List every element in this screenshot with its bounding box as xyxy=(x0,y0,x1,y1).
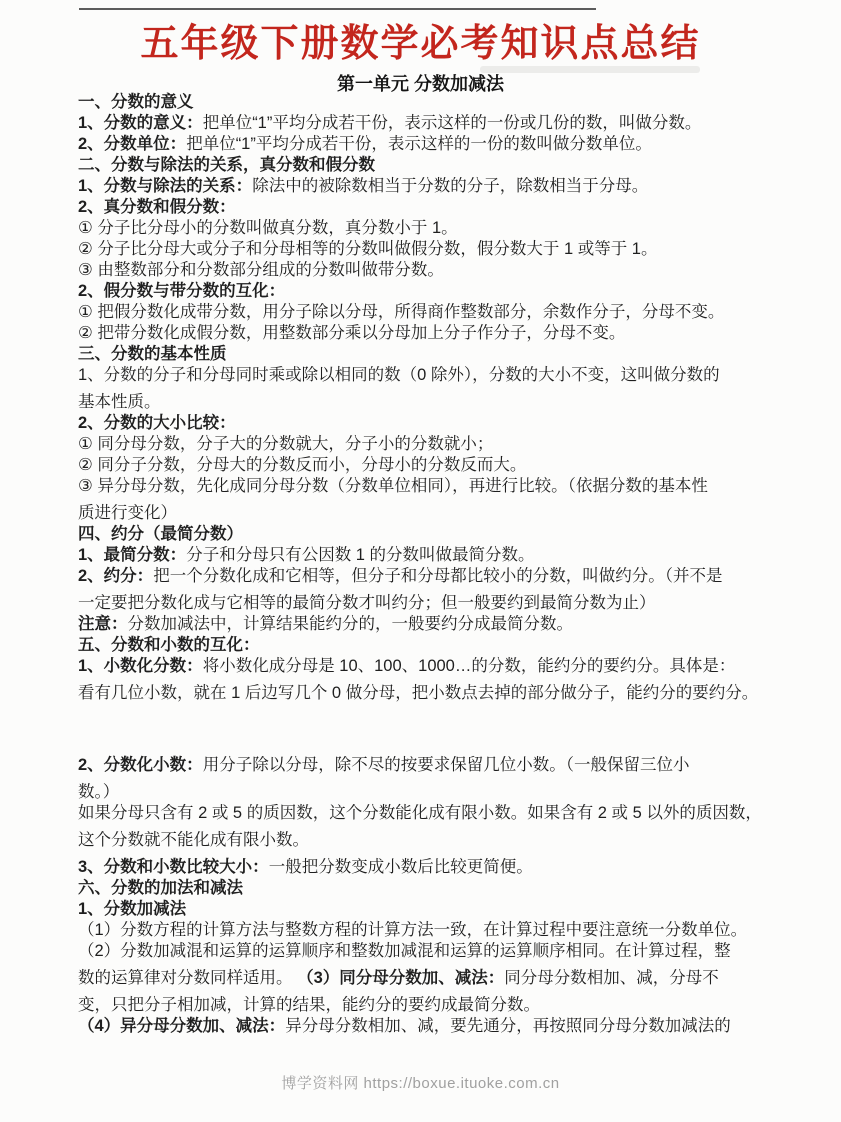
text-line: 1、小数化分数：将小数化成分母是 10、100、1000…的分数，能约分的要约分… xyxy=(78,656,776,677)
text-segment: 基本性质。 xyxy=(78,393,161,411)
text-line: 1、分数的分子和分母同时乘或除以相同的数（0 除外），分数的大小不变，这叫做分数… xyxy=(78,365,776,386)
text-line: 1、分数与除法的关系：除法中的被除数相当于分数的分子，除数相当于分母。 xyxy=(78,176,776,197)
text-segment: 分子和分母只有公因数 1 的分数叫做最简分数。 xyxy=(186,546,534,564)
text-line: 3、分数和小数比较大小：一般把分数变成小数后比较更简便。 xyxy=(78,857,776,878)
text-segment-bold: 注意： xyxy=(78,615,128,633)
text-line: 六、分数的加法和减法 xyxy=(78,878,776,899)
text-segment: ② 分子比分母大或分子和分母相等的分数叫做假分数，假分数大于 1 或等于 1。 xyxy=(78,240,657,258)
text-segment-bold: 2、假分数与带分数的互化： xyxy=(78,282,285,300)
text-segment: ① 把假分数化成带分数，用分子除以分母，所得商作整数部分，余数作分子，分母不变。 xyxy=(78,303,724,321)
text-segment: 变，只把分子相加减，计算的结果，能约分的要约成最简分数。 xyxy=(78,996,540,1014)
text-segment-bold: 1、分数的意义： xyxy=(78,114,203,132)
text-line: 一定要把分数化成与它相等的最简分数才叫约分；但一般要约到最简分数为止） xyxy=(78,593,776,614)
text-line: 看有几位小数，就在 1 后边写几个 0 做分母，把小数点去掉的部分做分子，能约分… xyxy=(78,683,776,704)
text-segment: 数的运算律对分数同样适用。 xyxy=(78,969,297,987)
text-line: 注意：分数加减法中，计算结果能约分的，一般要约分成最简分数。 xyxy=(78,614,776,635)
text-line: 变，只把分子相加减，计算的结果，能约分的要约成最简分数。 xyxy=(78,995,776,1016)
text-segment: ① 同分母分数，分子大的分数就大，分子小的分数就小； xyxy=(78,435,493,453)
text-segment: 用分子除以分母，除不尽的按要求保留几位小数。（一般保留三位小 xyxy=(203,756,690,774)
text-segment-bold: 2、约分： xyxy=(78,567,153,585)
text-line: 四、约分（最简分数） xyxy=(78,524,776,545)
text-line: ③ 异分母分数，先化成同分母分数（分数单位相同），再进行比较。（依据分数的基本性 xyxy=(78,476,776,497)
text-line: 2、分数单位：把单位“1”平均分成若干份，表示这样的一份的数叫做分数单位。 xyxy=(78,134,776,155)
text-line: 2、真分数和假分数： xyxy=(78,197,776,218)
text-segment: 一般把分数变成小数后比较更简便。 xyxy=(269,858,533,876)
text-segment-bold: 3、分数和小数比较大小： xyxy=(78,858,269,876)
text-segment-bold: 2、分数化小数： xyxy=(78,756,203,774)
text-line: （4）异分母分数加、减法：异分母分数相加、减，要先通分，再按照同分母分数加减法的 xyxy=(78,1016,776,1037)
text-line: 1、最简分数：分子和分母只有公因数 1 的分数叫做最简分数。 xyxy=(78,545,776,566)
text-line: ② 把带分数化成假分数，用整数部分乘以分母加上分子作分子，分母不变。 xyxy=(78,323,776,344)
text-segment: 这个分数就不能化成有限小数。 xyxy=(78,831,309,849)
text-line: 三、分数的基本性质 xyxy=(78,344,776,365)
text-line: 2、约分：把一个分数化成和它相等，但分子和分母都比较小的分数，叫做约分。（并不是 xyxy=(78,566,776,587)
text-segment: 将小数化成分母是 10、100、1000…的分数，能约分的要约分。具体是： xyxy=(203,657,736,675)
text-segment-bold: 1、最简分数： xyxy=(78,546,186,564)
text-segment: （2）分数加减混和运算的运算顺序和整数加减混和运算的运算顺序相同。在计算过程，整 xyxy=(78,942,731,960)
text-line: ① 把假分数化成带分数，用分子除以分母，所得商作整数部分，余数作分子，分母不变。 xyxy=(78,302,776,323)
page-title: 五年级下册数学必考知识点总结 xyxy=(0,12,841,67)
text-line: 一、分数的意义 xyxy=(78,92,776,113)
text-line: ③ 由整数部分和分数部分组成的分数叫做带分数。 xyxy=(78,260,776,281)
text-line: 1、分数的意义：把单位“1”平均分成若干份，表示这样的一份或几份的数，叫做分数。 xyxy=(78,113,776,134)
text-segment-bold: 一、分数的意义 xyxy=(78,93,194,111)
text-segment-bold: 1、分数加减法 xyxy=(78,900,186,918)
scan-top-rule xyxy=(79,8,596,10)
text-segment: （1）分数方程的计算方法与整数方程的计算方法一致，在计算过程中要注意统一分数单位… xyxy=(78,921,747,939)
text-segment: 把一个分数化成和它相等，但分子和分母都比较小的分数，叫做约分。（并不是 xyxy=(153,567,722,585)
text-segment-bold: （4）异分母分数加、减法： xyxy=(78,1017,285,1035)
document-body: 一、分数的意义1、分数的意义：把单位“1”平均分成若干份，表示这样的一份或几份的… xyxy=(78,92,776,1037)
text-line: ① 同分母分数，分子大的分数就大，分子小的分数就小； xyxy=(78,434,776,455)
text-segment-bold: 2、分数单位： xyxy=(78,135,186,153)
text-segment: ② 同分子分数，分母大的分数反而小，分母小的分数反而大。 xyxy=(78,456,526,474)
text-segment-bold: 二、分数与除法的关系，真分数和假分数 xyxy=(78,156,375,174)
text-segment-bold: 六、分数的加法和减法 xyxy=(78,879,243,897)
text-line: 数的运算律对分数同样适用。 （3）同分母分数加、减法：同分母分数相加、减，分母不 xyxy=(78,968,776,989)
text-segment-bold: 三、分数的基本性质 xyxy=(78,345,227,363)
text-segment: 除法中的被除数相当于分数的分子，除数相当于分母。 xyxy=(252,177,648,195)
text-line: ② 分子比分母大或分子和分母相等的分数叫做假分数，假分数大于 1 或等于 1。 xyxy=(78,239,776,260)
text-segment-bold: 2、分数的大小比较： xyxy=(78,414,236,432)
text-line: 2、分数的大小比较： xyxy=(78,413,776,434)
text-segment: 如果分母只含有 2 或 5 的质因数，这个分数能化成有限小数。如果含有 2 或 … xyxy=(78,804,762,822)
text-segment: 分数加减法中，计算结果能约分的，一般要约分成最简分数。 xyxy=(128,615,574,633)
text-segment: 把单位“1”平均分成若干份，表示这样的一份或几份的数，叫做分数。 xyxy=(203,114,702,132)
text-segment: ② 把带分数化成假分数，用整数部分乘以分母加上分子作分子，分母不变。 xyxy=(78,324,625,342)
text-segment-bold: 1、小数化分数： xyxy=(78,657,203,675)
text-line: 这个分数就不能化成有限小数。 xyxy=(78,830,776,851)
document-page: 五年级下册数学必考知识点总结 第一单元 分数加减法 一、分数的意义1、分数的意义… xyxy=(0,0,841,1122)
text-segment: 数。） xyxy=(78,783,119,801)
text-line: 二、分数与除法的关系，真分数和假分数 xyxy=(78,155,776,176)
text-segment: 一定要把分数化成与它相等的最简分数才叫约分；但一般要约到最简分数为止） xyxy=(78,594,656,612)
text-segment-bold: 2、真分数和假分数： xyxy=(78,198,236,216)
text-segment-bold: 1、分数与除法的关系： xyxy=(78,177,252,195)
text-line: 如果分母只含有 2 或 5 的质因数，这个分数能化成有限小数。如果含有 2 或 … xyxy=(78,803,776,824)
text-line: 2、假分数与带分数的互化： xyxy=(78,281,776,302)
text-line: ① 分子比分母小的分数叫做真分数，真分数小于 1。 xyxy=(78,218,776,239)
text-segment: 1、分数的分子和分母同时乘或除以相同的数（0 除外），分数的大小不变，这叫做分数… xyxy=(78,366,720,384)
text-segment: ① 分子比分母小的分数叫做真分数，真分数小于 1。 xyxy=(78,219,458,237)
text-line: （2）分数加减混和运算的运算顺序和整数加减混和运算的运算顺序相同。在计算过程，整 xyxy=(78,941,776,962)
text-segment-bold: 五、分数和小数的互化： xyxy=(78,636,260,654)
text-segment-bold: 四、约分（最简分数） xyxy=(78,525,243,543)
footer-watermark: 博学资料网 https://boxue.ituoke.com.cn xyxy=(0,1072,841,1093)
text-segment: 把单位“1”平均分成若干份，表示这样的一份的数叫做分数单位。 xyxy=(186,135,652,153)
text-line: 五、分数和小数的互化： xyxy=(78,635,776,656)
text-line: （1）分数方程的计算方法与整数方程的计算方法一致，在计算过程中要注意统一分数单位… xyxy=(78,920,776,941)
text-line: ② 同分子分数，分母大的分数反而小，分母小的分数反而大。 xyxy=(78,455,776,476)
text-segment: 异分母分数相加、减，要先通分，再按照同分母分数加减法的 xyxy=(285,1017,731,1035)
text-line: 1、分数加减法 xyxy=(78,899,776,920)
text-line: 质进行变化） xyxy=(78,503,776,524)
text-line: 数。） xyxy=(78,782,776,803)
text-segment: ③ 异分母分数，先化成同分母分数（分数单位相同），再进行比较。（依据分数的基本性 xyxy=(78,477,708,495)
text-line: 2、分数化小数：用分子除以分母，除不尽的按要求保留几位小数。（一般保留三位小 xyxy=(78,755,776,776)
text-segment: 看有几位小数，就在 1 后边写几个 0 做分母，把小数点去掉的部分做分子，能约分… xyxy=(78,684,758,702)
text-segment: ③ 由整数部分和分数部分组成的分数叫做带分数。 xyxy=(78,261,444,279)
text-line: 基本性质。 xyxy=(78,392,776,413)
text-segment: 质进行变化） xyxy=(78,504,177,522)
text-segment: 同分母分数相加、减，分母不 xyxy=(504,969,719,987)
text-segment-bold: （3）同分母分数加、减法： xyxy=(297,969,504,987)
